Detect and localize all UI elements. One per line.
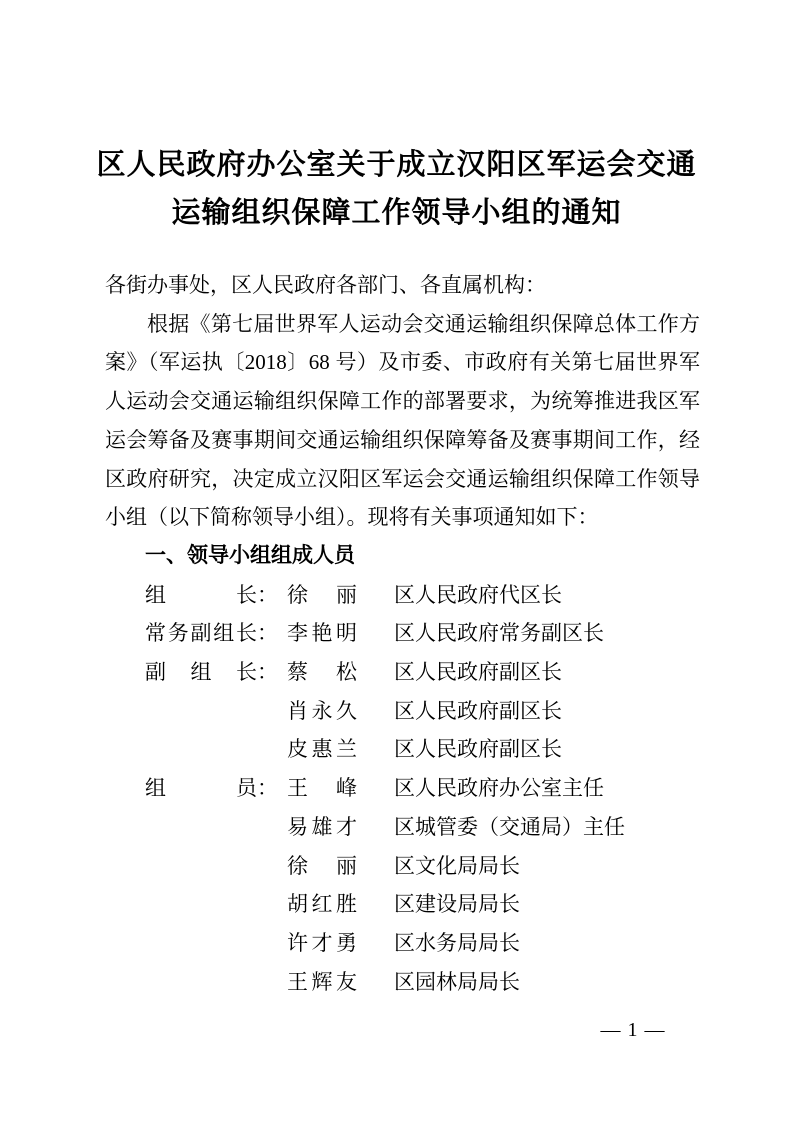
member-list: 组长：徐丽区人民政府代区长 常务副组长：李艳明区人民政府常务副区长 副组长：蔡松…	[105, 576, 700, 1002]
member-name: 李艳明	[287, 614, 357, 653]
title-line-2: 运输组织保障工作领导小组的通知	[0, 189, 793, 237]
intro-paragraph: 根据《第七届世界军人运动会交通运输组织保障总体工作方 案》（军运执〔2018〕6…	[105, 305, 700, 537]
member-name: 王峰	[287, 769, 357, 808]
member-title: 区人民政府代区长	[394, 576, 562, 615]
salutation-line: 各街办事处，区人民政府各部门、各直属机构：	[105, 266, 700, 305]
member-title: 区城管委（交通局）主任	[394, 808, 625, 847]
paragraph-line: 案》（军运执〔2018〕68 号）及市委、市政府有关第七届世界军	[105, 343, 700, 382]
member-title: 区人民政府副区长	[394, 692, 562, 731]
member-name: 皮惠兰	[287, 730, 357, 769]
member-title: 区水务局局长	[394, 924, 520, 963]
member-name: 胡红胜	[287, 885, 357, 924]
member-row: 组员：王峰区人民政府办公室主任	[105, 769, 700, 808]
paragraph-line: 小组（以下简称领导小组）。现将有关事项通知如下：	[105, 498, 700, 537]
member-row: 徐丽区文化局局长	[105, 847, 700, 886]
member-role: 副组长	[145, 653, 257, 692]
member-row: 组长：徐丽区人民政府代区长	[105, 576, 700, 615]
member-row: 常务副组长：李艳明区人民政府常务副区长	[105, 614, 700, 653]
member-row: 王辉友区园林局局长	[105, 963, 700, 1002]
section-heading: 一、领导小组组成人员	[105, 537, 700, 576]
paragraph-line: 人运动会交通运输组织保障工作的部署要求，为统筹推进我区军	[105, 382, 700, 421]
paragraph-line: 区政府研究，决定成立汉阳区军运会交通运输组织保障工作领导	[105, 460, 700, 499]
member-name: 王辉友	[287, 963, 357, 1002]
member-title: 区文化局局长	[394, 847, 520, 886]
member-name: 易雄才	[287, 808, 357, 847]
member-role: 常务副组长	[145, 614, 257, 653]
member-role-colon: ：	[257, 769, 278, 808]
member-title: 区园林局局长	[394, 963, 520, 1002]
member-role-colon: ：	[257, 576, 278, 615]
page-number: — 1 —	[595, 1016, 671, 1044]
paragraph-line: 运会筹备及赛事期间交通运输组织保障筹备及赛事期间工作，经	[105, 421, 700, 460]
paragraph-line: 根据《第七届世界军人运动会交通运输组织保障总体工作方	[105, 305, 700, 344]
member-name: 徐丽	[287, 847, 357, 886]
member-row: 易雄才区城管委（交通局）主任	[105, 808, 700, 847]
member-row: 副组长：蔡松区人民政府副区长	[105, 653, 700, 692]
document-title: 区人民政府办公室关于成立汉阳区军运会交通 运输组织保障工作领导小组的通知	[0, 141, 793, 237]
document-body: 各街办事处，区人民政府各部门、各直属机构： 根据《第七届世界军人运动会交通运输组…	[105, 266, 700, 1001]
member-role-colon: ：	[257, 614, 278, 653]
member-name: 徐丽	[287, 576, 357, 615]
member-row: 许才勇区水务局局长	[105, 924, 700, 963]
member-name: 蔡松	[287, 653, 357, 692]
member-title: 区建设局局长	[394, 885, 520, 924]
member-title: 区人民政府常务副区长	[394, 614, 604, 653]
member-role-colon: ：	[257, 653, 278, 692]
member-row: 皮惠兰区人民政府副区长	[105, 730, 700, 769]
member-row: 胡红胜区建设局局长	[105, 885, 700, 924]
member-title: 区人民政府办公室主任	[394, 769, 604, 808]
member-role: 组长	[145, 576, 257, 615]
member-row: 肖永久区人民政府副区长	[105, 692, 700, 731]
member-name: 肖永久	[287, 692, 357, 731]
member-role: 组员	[145, 769, 257, 808]
member-title: 区人民政府副区长	[394, 653, 562, 692]
title-line-1: 区人民政府办公室关于成立汉阳区军运会交通	[0, 141, 793, 189]
document-page: 区人民政府办公室关于成立汉阳区军运会交通 运输组织保障工作领导小组的通知 各街办…	[0, 0, 793, 1122]
member-title: 区人民政府副区长	[394, 730, 562, 769]
member-name: 许才勇	[287, 924, 357, 963]
